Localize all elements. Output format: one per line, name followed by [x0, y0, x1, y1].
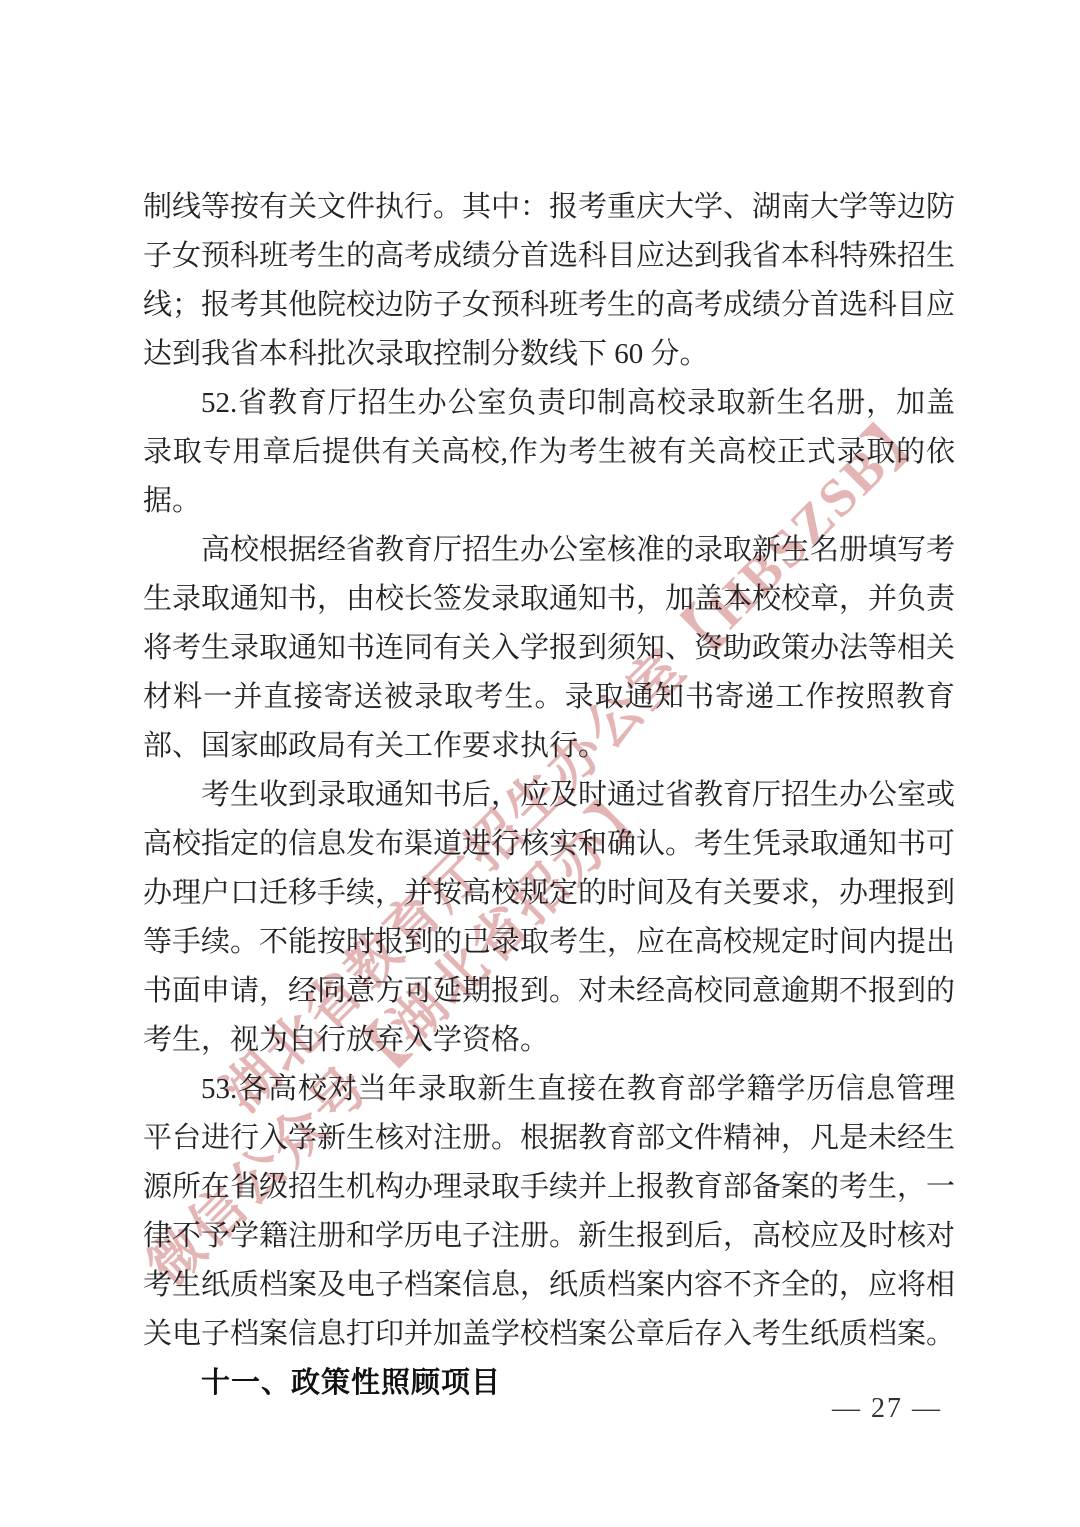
paragraph-notice-receiving: 考生收到录取通知书后，应及时通过省教育厅招生办公室或高校指定的信息发布渠道进行核… [143, 771, 955, 1065]
page-number: — 27 — [832, 1392, 942, 1426]
paragraph-continuation: 制线等按有关文件执行。其中：报考重庆大学、湖南大学等边防子女预科班考生的高考成绩… [143, 183, 955, 379]
document-page: 湖北省教育厅招生办公室【HBSZSB】 微信公众号【湖北省招办】 制线等按有关文… [0, 0, 1080, 1527]
paragraph-notice-issuing: 高校根据经省教育厅招生办公室核准的录取新生名册填写考生录取通知书，由校长签发录取… [143, 526, 955, 771]
paragraph-item-52: 52.省教育厅招生办公室负责印制高校录取新生名册，加盖录取专用章后提供有关高校,… [143, 379, 955, 526]
document-body: 制线等按有关文件执行。其中：报考重庆大学、湖南大学等边防子女预科班考生的高考成绩… [143, 183, 955, 1408]
paragraph-item-53: 53.各高校对当年录取新生直接在教育部学籍学历信息管理平台进行入学新生核对注册。… [143, 1065, 955, 1359]
